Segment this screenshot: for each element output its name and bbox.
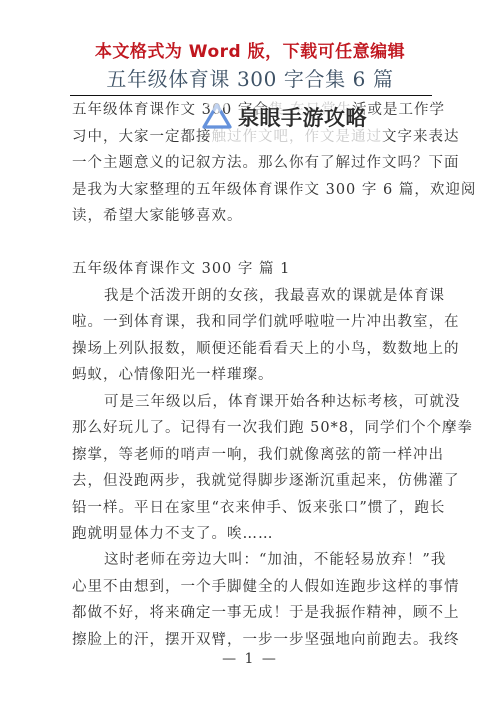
paragraph-line: 擦掌，等老师的哨声一响，我们就像离弦的箭一样冲出 (72, 444, 430, 466)
paragraph-line: 去，但没跑两步，我就觉得脚步逐渐沉重起来，仿佛灌了 (72, 470, 430, 492)
format-notice: 本文格式为 Word 版，下载可任意编辑 (0, 37, 500, 59)
paragraph-line: 操场上列队报数，顺便还能看看天上的小鸟，数数地上的 (72, 338, 430, 360)
paragraph-line: 心里不由想到，一个手脚健全的人假如连跑步这样的事情 (72, 576, 430, 598)
paragraph-line: 可是三年级以后，体育课开始各种达标考核，可就没 (104, 391, 430, 413)
paragraph-line: 蚂蚁，心情像阳光一样璀璨。 (72, 364, 430, 386)
paragraph-line: 铅一样。平日在家里“衣来伸手、饭来张口”惯了，跑长 (72, 497, 430, 519)
section-heading: 五年级体育课作文 300 字 篇 1 (72, 258, 430, 280)
intro-line-2-prefix: 习中，大家一定都接 (72, 129, 212, 145)
paragraph-line: 我是个活泼开朗的女孩，我最喜欢的课就是体育课 (104, 285, 430, 307)
paragraph-line: 这时老师在旁边大叫：“加油，不能轻易放弃！”我 (104, 549, 430, 571)
title-divider (70, 95, 432, 96)
intro-line-2-suffix: 文字来表达 (382, 129, 460, 145)
paragraph-line: 都做不好，将来确定一事无成！于是我振作精神，顾不上 (72, 602, 430, 624)
intro-line-4: 是我为大家整理的五年级体育课作文 300 字 6 篇，欢迎阅 (72, 179, 430, 201)
intro-line-5: 读，希望大家能够喜欢。 (72, 205, 430, 227)
intro-line-3: 一个主题意义的记叙方法。那么你有了解过作文吗？下面 (72, 152, 430, 174)
paragraph-line: 那么好玩儿了。记得有一次我们跑 50*8，同学们个个摩拳 (72, 417, 430, 439)
paragraph-line: 跑就明显体力不支了。唉…… (72, 523, 430, 545)
page-number: — 1 — (0, 651, 500, 667)
triangle-logo-icon (202, 101, 238, 133)
watermark-text: 泉眼手游攻略 (238, 102, 367, 132)
paragraph-line: 啦。一到体育课，我和同学们就呼啦啦一片冲出教室，在 (72, 311, 430, 333)
paragraph-line: 擦脸上的汗，摆开双臂，一步一步坚强地向前跑去。我终 (72, 629, 430, 651)
document-title: 五年级体育课 300 字合集 6 篇 (0, 63, 500, 89)
watermark: 泉眼手游攻略 (202, 100, 367, 134)
